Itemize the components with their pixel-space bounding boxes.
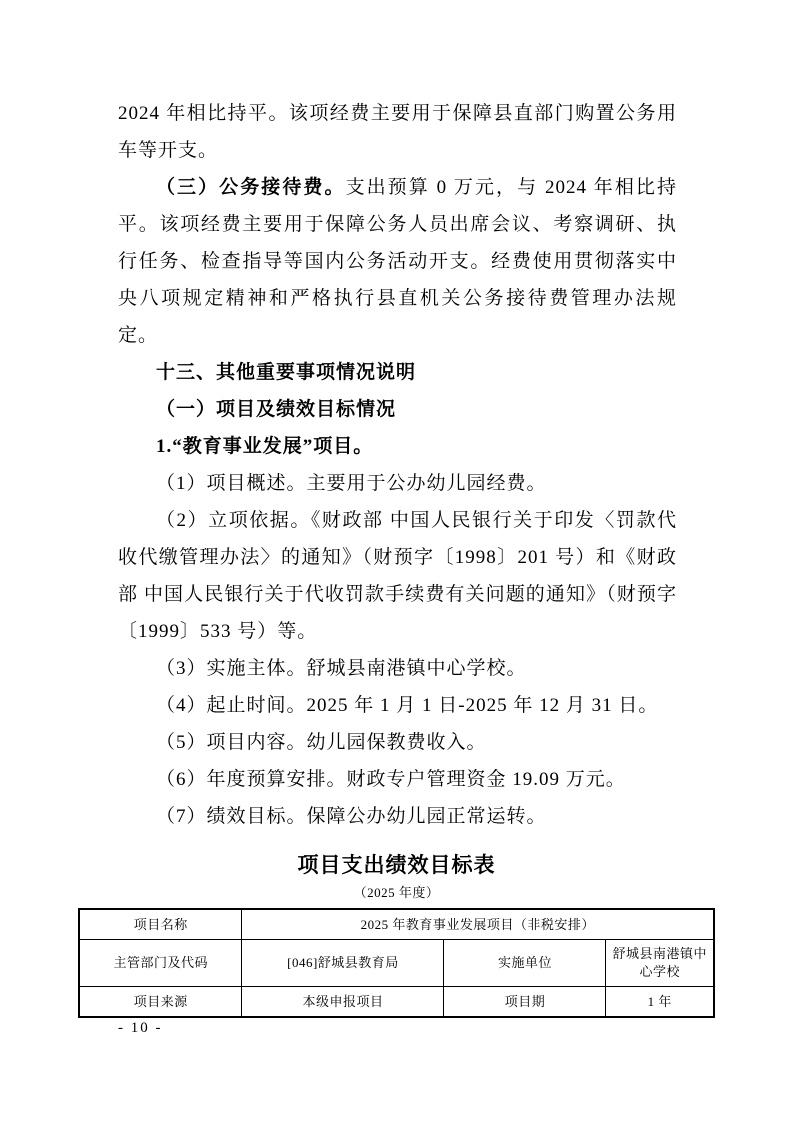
table-row-project-name: 项目名称 2025 年教育事业发展项目（非税安排） bbox=[79, 909, 714, 940]
performance-target-table: 项目名称 2025 年教育事业发展项目（非税安排） 主管部门及代码 [046]舒… bbox=[78, 908, 715, 1018]
table-subtitle: （2025 年度） bbox=[0, 885, 793, 901]
table-cell-value: 1 年 bbox=[606, 987, 714, 1018]
table-cell-value: [046]舒城县教育局 bbox=[242, 940, 444, 987]
table-title: 项目支出绩效目标表 bbox=[0, 851, 793, 879]
body-paragraph: （3）实施主体。舒城县南港镇中心学校。 bbox=[118, 650, 677, 687]
body-paragraph: （1）项目概述。主要用于公办幼儿园经费。 bbox=[118, 465, 677, 502]
paragraph-text: 支出预算 0 万元，与 2024 年相比持平。该项经费主要用于保障公务人员出席会… bbox=[118, 177, 677, 346]
table-cell-label: 实施单位 bbox=[444, 940, 606, 987]
body-paragraph: 2024 年相比持平。该项经费主要用于保障县直部门购置公务用车等开支。 bbox=[118, 95, 677, 169]
section-heading: 十三、其他重要事项情况说明 bbox=[118, 354, 677, 391]
table-cell-value: 本级申报项目 bbox=[242, 987, 444, 1018]
body-paragraph: （2）立项依据。《财政部 中国人民银行关于印发〈罚款代收代缴管理办法〉的通知》（… bbox=[118, 502, 677, 650]
document-page: 2024 年相比持平。该项经费主要用于保障县直部门购置公务用车等开支。 （三）公… bbox=[0, 0, 793, 1122]
subsection-heading: （一）项目及绩效目标情况 bbox=[118, 391, 677, 428]
table-cell-value: 2025 年教育事业发展项目（非税安排） bbox=[242, 909, 714, 940]
paragraph-lead-bold: （三）公务接待费。 bbox=[156, 177, 346, 198]
table-row-source: 项目来源 本级申报项目 项目期 1 年 bbox=[79, 987, 714, 1018]
table-cell-label: 主管部门及代码 bbox=[79, 940, 242, 987]
table-row-department: 主管部门及代码 [046]舒城县教育局 实施单位 舒城县南港镇中心学校 bbox=[79, 940, 714, 987]
table-cell-value: 舒城县南港镇中心学校 bbox=[606, 940, 714, 987]
body-paragraph: （6）年度预算安排。财政专户管理资金 19.09 万元。 bbox=[118, 761, 677, 798]
body-paragraph: （4）起止时间。2025 年 1 月 1 日-2025 年 12 月 31 日。 bbox=[118, 687, 677, 724]
item-heading: 1.“教育事业发展”项目。 bbox=[118, 428, 677, 465]
table-cell-label: 项目来源 bbox=[79, 987, 242, 1018]
body-paragraph: （5）项目内容。幼儿园保教费收入。 bbox=[118, 724, 677, 761]
body-text: 2024 年相比持平。该项经费主要用于保障县直部门购置公务用车等开支。 （三）公… bbox=[118, 95, 677, 843]
table-cell-label: 项目期 bbox=[444, 987, 606, 1018]
body-paragraph: （7）绩效目标。保障公办幼儿园正常运转。 bbox=[118, 798, 677, 835]
table-cell-label: 项目名称 bbox=[79, 909, 242, 940]
page-number: - 10 - bbox=[118, 1020, 163, 1037]
body-paragraph: （三）公务接待费。支出预算 0 万元，与 2024 年相比持平。该项经费主要用于… bbox=[118, 169, 677, 354]
